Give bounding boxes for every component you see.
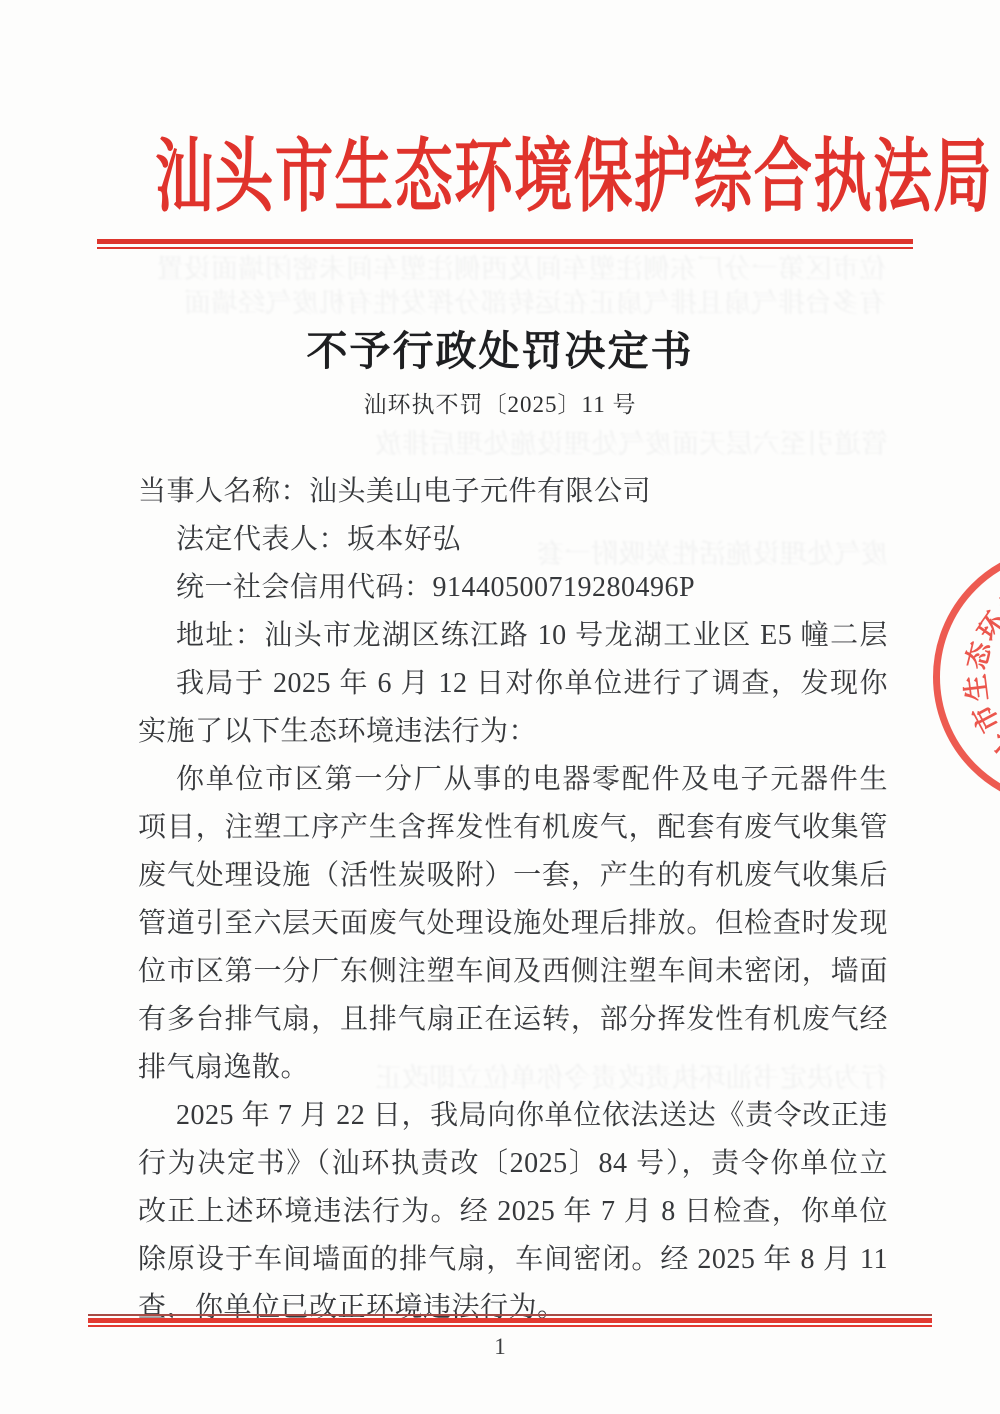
body-line: 除原设于车间墙面的排气扇，车间密闭。经 2025 年 8 月 11 日复 (138, 1236, 888, 1284)
document-body: 当事人名称：汕头美山电子元件有限公司 法定代表人：坂本好弘 统一社会信用代码：9… (138, 468, 888, 1332)
body-line: 项目，注塑工序产生含挥发性有机废气，配套有废气收集管道及 (138, 804, 888, 852)
scanned-document-page: 汕头市生态环境保护综合执法局 位市区第一分厂东侧注塑车间及西侧注塑车间未密闭墙面… (0, 0, 1000, 1414)
rule-thick (97, 239, 913, 244)
rule-thin (88, 1325, 932, 1327)
rule-thin (88, 1314, 932, 1316)
agency-title: 汕头市生态环境保护综合执法局 (155, 126, 993, 230)
body-line: 统一社会信用代码：91440500719280496P (138, 564, 888, 612)
body-line: 位市区第一分厂东侧注塑车间及西侧注塑车间未密闭，墙面设置 (138, 948, 888, 996)
body-line: 废气处理设施（活性炭吸附）一套，产生的有机废气收集后通过 (138, 852, 888, 900)
document-number: 汕环执不罚〔2025〕11 号 (0, 386, 1000, 419)
body-line: 排气扇逸散。 (138, 1044, 888, 1092)
body-line: 法定代表人：坂本好弘 (138, 516, 888, 564)
body-line: 实施了以下生态环境违法行为： (138, 708, 888, 756)
letterhead: 汕头市生态环境保护综合执法局 (0, 126, 1000, 230)
bleedthrough-text: 有多台排气扇且排气扇正在运转部分挥发性有机废气经墙面 (128, 287, 886, 319)
letterhead-double-rule (97, 239, 913, 249)
body-line: 改正上述环境违法行为。经 2025 年 7 月 8 日检查，你单位已拆 (138, 1188, 888, 1236)
rule-thick (88, 1318, 932, 1323)
body-line: 地址：汕头市龙湖区练江路 10 号龙湖工业区 E5 幢二层东南侧 (138, 612, 888, 660)
body-line: 有多台排气扇，且排气扇正在运转，部分挥发性有机废气经墙面 (138, 996, 888, 1044)
bleedthrough-text: 位市区第一分厂东侧注塑车间及西侧注塑车间未密闭墙面设置 (128, 253, 886, 285)
body-line: 当事人名称：汕头美山电子元件有限公司 (138, 468, 888, 516)
page-number: 1 (0, 1334, 1000, 1360)
bleedthrough-text: 管道引至六层天面废气处理设施处理后排放 (340, 428, 888, 460)
body-line: 行为决定书》（汕环执责改〔2025〕84 号），责令你单位立即 (138, 1140, 888, 1188)
body-line: 我局于 2025 年 6 月 12 日对你单位进行了调查，发现你单位 (138, 660, 888, 708)
seal-character: 态 (962, 639, 996, 673)
body-line: 2025 年 7 月 22 日，我局向你单位依法送达《责令改正违法 (138, 1092, 888, 1140)
rule-thin (97, 247, 913, 249)
seal-character: 生 (961, 672, 992, 703)
bottom-bleedthrough-rule (88, 1314, 932, 1327)
document-title: 不予行政处罚决定书 (0, 318, 1000, 377)
body-line: 你单位市区第一分厂从事的电器零配件及电子元器件生产 (138, 756, 888, 804)
body-line: 管道引至六层天面废气处理设施处理后排放。但检查时发现你单 (138, 900, 888, 948)
official-seal-stamp: 汕 头 市 生 态 环 境 (933, 546, 1000, 808)
seal-character: 市 (967, 699, 1000, 737)
